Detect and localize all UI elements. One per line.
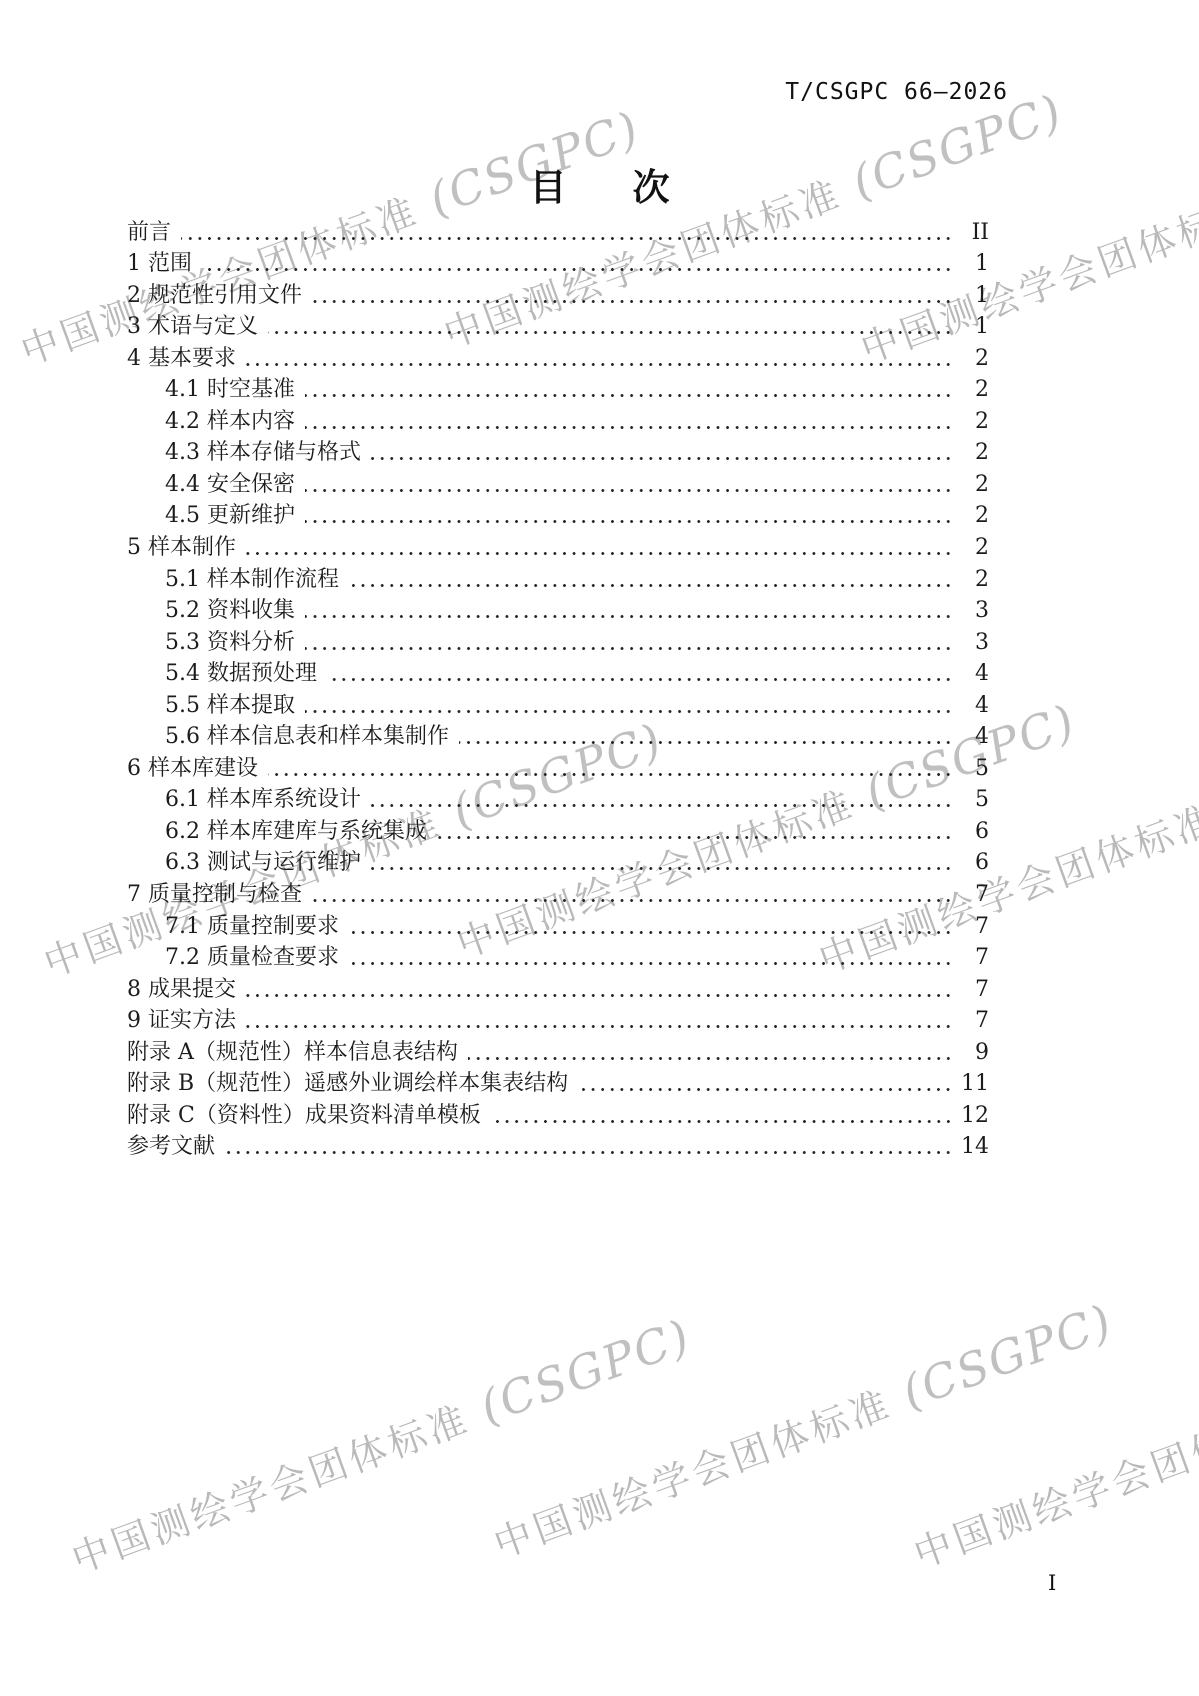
toc-page-number: 7	[959, 977, 989, 1003]
dot-leader	[371, 803, 953, 808]
toc-entry[interactable]: 7.1 质量控制要求7	[127, 908, 989, 940]
dot-leader	[312, 898, 953, 903]
dot-leader	[305, 519, 953, 524]
toc-page-number: 1	[959, 314, 989, 340]
toc-entry-label: 7 质量控制与检查	[127, 882, 302, 908]
toc-entry[interactable]: 附录 A（规范性）样本信息表结构9	[127, 1034, 989, 1066]
toc-entry[interactable]: 5.5 样本提取4	[127, 687, 989, 719]
toc-entry-label: 6.2 样本库建库与系统集成	[165, 819, 427, 845]
toc-entry-label: 7.1 质量控制要求	[165, 914, 339, 940]
toc-entry-label: 参考文献	[127, 1134, 215, 1160]
dot-leader	[371, 456, 953, 461]
toc-page-number: 4	[959, 661, 989, 687]
dot-leader	[305, 393, 953, 398]
toc-entry[interactable]: 4.2 样本内容2	[127, 403, 989, 435]
toc-entry-label: 5 样本制作	[127, 535, 236, 561]
toc-page-number: 5	[959, 756, 989, 782]
toc-entry-label: 4.3 样本存储与格式	[165, 440, 361, 466]
toc-entry-label: 4.1 时空基准	[165, 377, 295, 403]
toc-entry[interactable]: 前言II	[127, 214, 989, 246]
toc-entry-label: 附录 B（规范性）遥感外业调绘样本集表结构	[127, 1071, 568, 1097]
dot-leader	[246, 993, 953, 998]
toc-entry[interactable]: 4.3 样本存储与格式2	[127, 435, 989, 467]
dot-leader	[246, 1024, 953, 1029]
toc-entry[interactable]: 1 范围1	[127, 246, 989, 278]
toc-entry-label: 4.2 样本内容	[165, 409, 295, 435]
toc-entry[interactable]: 7.2 质量检查要求7	[127, 940, 989, 972]
toc-page-number: 6	[959, 819, 989, 845]
dot-leader	[305, 425, 953, 430]
toc-entry[interactable]: 9 证实方法7	[127, 1003, 989, 1035]
toc-entry[interactable]: 5.4 数据预处理4	[127, 656, 989, 688]
toc-entry-label: 2 规范性引用文件	[127, 283, 302, 309]
toc-page-number: 7	[959, 882, 989, 908]
toc-entry[interactable]: 3 术语与定义1	[127, 309, 989, 341]
toc-entry[interactable]: 6 样本库建设5	[127, 750, 989, 782]
toc-entry[interactable]: 4 基本要求2	[127, 340, 989, 372]
toc-entry-label: 9 证实方法	[127, 1008, 236, 1034]
toc-entry-label: 4 基本要求	[127, 346, 236, 372]
dot-leader	[371, 866, 953, 871]
toc-entry[interactable]: 附录 B（规范性）遥感外业调绘样本集表结构11	[127, 1066, 989, 1098]
dot-leader	[305, 646, 953, 651]
toc-entry[interactable]: 4.1 时空基准2	[127, 372, 989, 404]
dot-leader	[327, 677, 953, 682]
document-page: 中国测绘学会团体标准(CSGPC) 中国测绘学会团体标准(CSGPC) 中国测绘…	[0, 0, 1199, 1696]
toc-page-number: 7	[959, 1008, 989, 1034]
toc-entry[interactable]: 6.2 样本库建库与系统集成6	[127, 813, 989, 845]
toc-entry-label: 1 范围	[127, 251, 192, 277]
toc-entry[interactable]: 4.4 安全保密2	[127, 466, 989, 498]
toc-entry-label: 附录 A（规范性）样本信息表结构	[127, 1040, 458, 1066]
toc-entry[interactable]: 5.1 样本制作流程2	[127, 561, 989, 593]
dot-leader	[305, 614, 953, 619]
dot-leader	[246, 362, 953, 367]
toc-entry[interactable]: 2 规范性引用文件1	[127, 277, 989, 309]
toc-entry-label: 3 术语与定义	[127, 314, 258, 340]
toc-page-number: 9	[959, 1040, 989, 1066]
toc-page-number: 7	[959, 914, 989, 940]
toc-page-number: 11	[959, 1071, 989, 1097]
toc-entry-label: 6.3 测试与运行维护	[165, 850, 361, 876]
toc-entry-label: 4.5 更新维护	[165, 503, 295, 529]
document-code: T/CSGPC 66—2026	[785, 79, 1008, 105]
toc-entry[interactable]: 参考文献14	[127, 1129, 989, 1161]
toc-page-number: 2	[959, 535, 989, 561]
toc-page-number: 2	[959, 377, 989, 403]
toc-entry[interactable]: 4.5 更新维护2	[127, 498, 989, 530]
dot-leader	[268, 330, 953, 335]
toc-entry[interactable]: 5.3 资料分析3	[127, 624, 989, 656]
toc-page-number: 3	[959, 630, 989, 656]
dot-leader	[491, 1119, 953, 1124]
dot-leader	[225, 1150, 953, 1155]
dot-leader	[202, 267, 953, 272]
footer-page-number: I	[1048, 1571, 1056, 1595]
toc-entry[interactable]: 5.6 样本信息表和样本集制作4	[127, 719, 989, 751]
toc-page-number: 3	[959, 598, 989, 624]
dot-leader	[437, 835, 953, 840]
toc-page-number: 2	[959, 472, 989, 498]
dot-leader	[578, 1087, 953, 1092]
toc-page-number: 12	[959, 1103, 989, 1129]
toc-page-number: II	[959, 220, 989, 246]
dot-leader	[268, 772, 953, 777]
toc-page-number: 2	[959, 346, 989, 372]
toc-entry[interactable]: 5.2 资料收集3	[127, 593, 989, 625]
dot-leader	[305, 709, 953, 714]
toc-list: 前言II1 范围12 规范性引用文件13 术语与定义14 基本要求24.1 时空…	[127, 214, 989, 1160]
toc-page-number: 4	[959, 724, 989, 750]
toc-entry-label: 前言	[127, 220, 171, 246]
toc-page-number: 1	[959, 251, 989, 277]
dot-leader	[468, 1056, 953, 1061]
toc-entry-label: 8 成果提交	[127, 977, 236, 1003]
toc-entry-label: 7.2 质量检查要求	[165, 945, 339, 971]
toc-entry-label: 6 样本库建设	[127, 756, 258, 782]
dot-leader	[349, 961, 953, 966]
toc-entry-label: 5.5 样本提取	[165, 693, 295, 719]
toc-page-number: 2	[959, 440, 989, 466]
dot-leader	[459, 740, 953, 745]
toc-entry-label: 5.6 样本信息表和样本集制作	[165, 724, 449, 750]
toc-page-number: 6	[959, 850, 989, 876]
toc-entry[interactable]: 附录 C（资料性）成果资料清单模板12	[127, 1097, 989, 1129]
dot-leader	[349, 583, 953, 588]
toc-entry-label: 5.3 资料分析	[165, 630, 295, 656]
toc-page-number: 5	[959, 787, 989, 813]
toc-entry[interactable]: 6.1 样本库系统设计5	[127, 782, 989, 814]
toc-entry[interactable]: 5 样本制作2	[127, 529, 989, 561]
toc-page-number: 7	[959, 945, 989, 971]
toc-entry-label: 5.1 样本制作流程	[165, 567, 339, 593]
toc-page-number: 2	[959, 409, 989, 435]
page-title-char-right: 次	[632, 165, 669, 209]
dot-leader	[181, 236, 953, 241]
toc-page-number: 1	[959, 283, 989, 309]
toc-page-number: 2	[959, 567, 989, 593]
toc-entry[interactable]: 7 质量控制与检查7	[127, 876, 989, 908]
toc-entry-label: 6.1 样本库系统设计	[165, 787, 361, 813]
toc-page-number: 2	[959, 503, 989, 529]
toc-entry-label: 5.4 数据预处理	[165, 661, 317, 687]
toc-page-number: 4	[959, 693, 989, 719]
dot-leader	[312, 299, 953, 304]
toc-entry-label: 5.2 资料收集	[165, 598, 295, 624]
toc-entry[interactable]: 8 成果提交7	[127, 971, 989, 1003]
dot-leader	[305, 488, 953, 493]
toc-page-number: 14	[959, 1134, 989, 1160]
toc-entry-label: 4.4 安全保密	[165, 472, 295, 498]
toc-entry[interactable]: 6.3 测试与运行维护6	[127, 845, 989, 877]
dot-leader	[246, 551, 953, 556]
content-layer: T/CSGPC 66—2026 目 次 前言II1 范围12 规范性引用文件13…	[0, 0, 1199, 1696]
page-title-char-left: 目	[530, 165, 567, 209]
dot-leader	[349, 930, 953, 935]
toc-entry-label: 附录 C（资料性）成果资料清单模板	[127, 1103, 481, 1129]
page-title: 目 次	[0, 157, 1199, 211]
